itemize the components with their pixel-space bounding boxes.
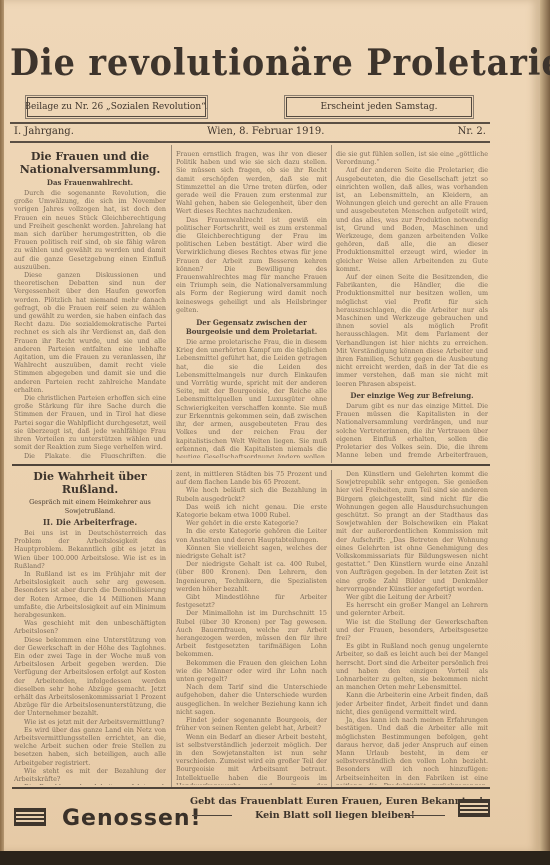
paragraph: Es herrscht ein großer Mangel an Lehrern… [336, 601, 488, 617]
page-edge [540, 0, 550, 865]
footer-rule [12, 787, 490, 789]
volume-label: I. Jahrgang. [14, 126, 74, 137]
paragraph: Wie hoch beläuft sich die Bezahlung in R… [176, 486, 327, 502]
column-divider [331, 470, 332, 788]
article-title: Die Frauen und die Nationalversammlung. [14, 150, 166, 176]
article-russland-continued: zent, in mittleren Städten bis 75 Prozen… [176, 470, 327, 785]
supplement-note-box: Beilage zu Nr. 26 „Sozialen Revolution“. [27, 97, 206, 117]
article-frauen-continued: Frauen ernstlich fragen, was ihr von die… [176, 150, 327, 458]
article-subtitle: Gespräch mit einem Heimkehrer aus Sowjet… [14, 498, 166, 516]
paragraph: Ja, das kann ich nach meinen Erfahrungen… [336, 716, 488, 785]
frequency-note-box: Erscheint jeden Samstag. [286, 97, 472, 117]
column-divider [331, 145, 332, 463]
paragraph: Es gibt in Rußland noch genug ungelernte… [336, 642, 488, 691]
place-date: Wien, 8. Februar 1919. [207, 126, 324, 137]
paragraph: Können Sie vielleicht sagen, welches der… [176, 544, 327, 560]
paragraph: Auf der einen Seite die Besitzenden, die… [336, 273, 488, 388]
banner-genossen: Genossen! [62, 806, 202, 831]
section-heading: Der Gegensatz zwischen der Bourgeoisie u… [176, 318, 327, 336]
paragraph: Findet jeder sogenannte Bourgeois, der f… [176, 716, 327, 732]
paragraph: Frauen ernstlich fragen, was ihr von die… [176, 150, 327, 216]
ribbon-ornament-left [14, 808, 46, 826]
section-heading: II. Die Arbeiterfrage. [14, 518, 166, 527]
paragraph: Wenn ein Bedarf an dieser Arbeit besteht… [176, 733, 327, 786]
paragraph: Den Künstlern und Gelehrten kommt die So… [336, 470, 488, 593]
slogan-line-1: Gebt das Frauenblatt Euren Frauen, Euren… [190, 796, 480, 807]
paragraph: Durch die sogenannte Revolution, die gro… [14, 189, 166, 271]
paragraph: Wer gibt die Leitung der Arbeit? [336, 593, 488, 601]
paragraph: Der niedrigste Gehalt ist ca. 400 Rubel,… [176, 560, 327, 593]
paragraph: Nach dem Tarif sind die Unterschiede auf… [176, 683, 327, 716]
article-title: Die Wahrheit über Rußland. [14, 470, 166, 496]
article-einziger-weg: die sie gut fühlen sollen, ist sie eine … [336, 150, 488, 458]
paragraph: Auf der anderen Seite die Proletarier, d… [336, 166, 488, 273]
binding-shadow [0, 851, 550, 865]
paragraph: Die Plakate, die Flugschriften, die Zeit… [14, 452, 166, 459]
slogan-rule-left [192, 815, 232, 816]
paragraph: Wer gehört in die erste Kategorie? [176, 519, 327, 527]
article-wahrheit-russland: Die Wahrheit über Rußland. Gespräch mit … [14, 470, 166, 785]
paragraph: Was geschieht mit den unbeschäftigten Ar… [14, 619, 166, 635]
paragraph: Diese bekommen eine Unterstützung von de… [14, 636, 166, 718]
paragraph: Das Frauenwahlrecht ist gewiß ein politi… [176, 216, 327, 314]
masthead-rule-bottom [10, 141, 490, 143]
dateline: I. Jahrgang. Wien, 8. Februar 1919. Nr. … [14, 126, 486, 137]
ribbon-ornament-right [458, 799, 490, 817]
paragraph: zent, in mittleren Städten bis 75 Prozen… [176, 470, 327, 486]
paragraph: Bei uns ist in Deutschösterreich das Pro… [14, 529, 166, 570]
issue-number: Nr. 2. [458, 126, 486, 137]
section-divider [12, 464, 490, 466]
masthead-rule-top [10, 122, 490, 124]
article-subtitle: Das Frauenwahlrecht. [14, 178, 166, 187]
paragraph: Die christlichen Parteien erhoffen sich … [14, 394, 166, 451]
paragraph: Der Minimallohn ist im Durchschnitt 15 R… [176, 609, 327, 658]
slogan-rule-right [405, 815, 445, 816]
section-heading: Der einzige Weg zur Befreiung. [336, 391, 488, 400]
paragraph: In Rußland ist es im Frühjahr mit der Ar… [14, 570, 166, 619]
paragraph: Die arme proletarische Frau, die in dies… [176, 338, 327, 458]
column-divider [171, 470, 172, 788]
paragraph: Das weiß ich nicht genau. Die erste Kate… [176, 503, 327, 519]
paragraph: Wie steht es mit der Bezahlung der Arbei… [14, 767, 166, 783]
paragraph: Kann die Arbeiterin eine Arbeit finden, … [336, 691, 488, 716]
paragraph: Wie ist die Stellung der Gewerkschaften … [336, 618, 488, 643]
paragraph: Wie ist es jetzt mit der Arbeitsvermittl… [14, 718, 166, 726]
article-frauen-nationalversammlung: Die Frauen und die Nationalversammlung. … [14, 150, 166, 458]
column-divider [171, 145, 172, 463]
paragraph: Es wird über das ganze Land ein Netz von… [14, 726, 166, 767]
masthead-title: Die revolutionäre Proletarierin [10, 42, 438, 84]
paragraph: Gibt Mindestlöhne für Arbeiter festgeset… [176, 593, 327, 609]
paragraph: Die Bezahlung der Arbeiter erfolgt nach … [14, 783, 166, 785]
paragraph: In die erste Kategorie gehören die Leite… [176, 527, 327, 543]
paragraph: Diese ganzen Diskussionen und theoretisc… [14, 271, 166, 394]
paragraph: Darum gibt es nur das einzige Mittel. Di… [336, 402, 488, 458]
paragraph: Bekommen die Frauen den gleichen Lohn wi… [176, 659, 327, 684]
paragraph: die sie gut fühlen sollen, ist sie eine … [336, 150, 488, 166]
article-russland-continued-2: Den Künstlern und Gelehrten kommt die So… [336, 470, 488, 785]
